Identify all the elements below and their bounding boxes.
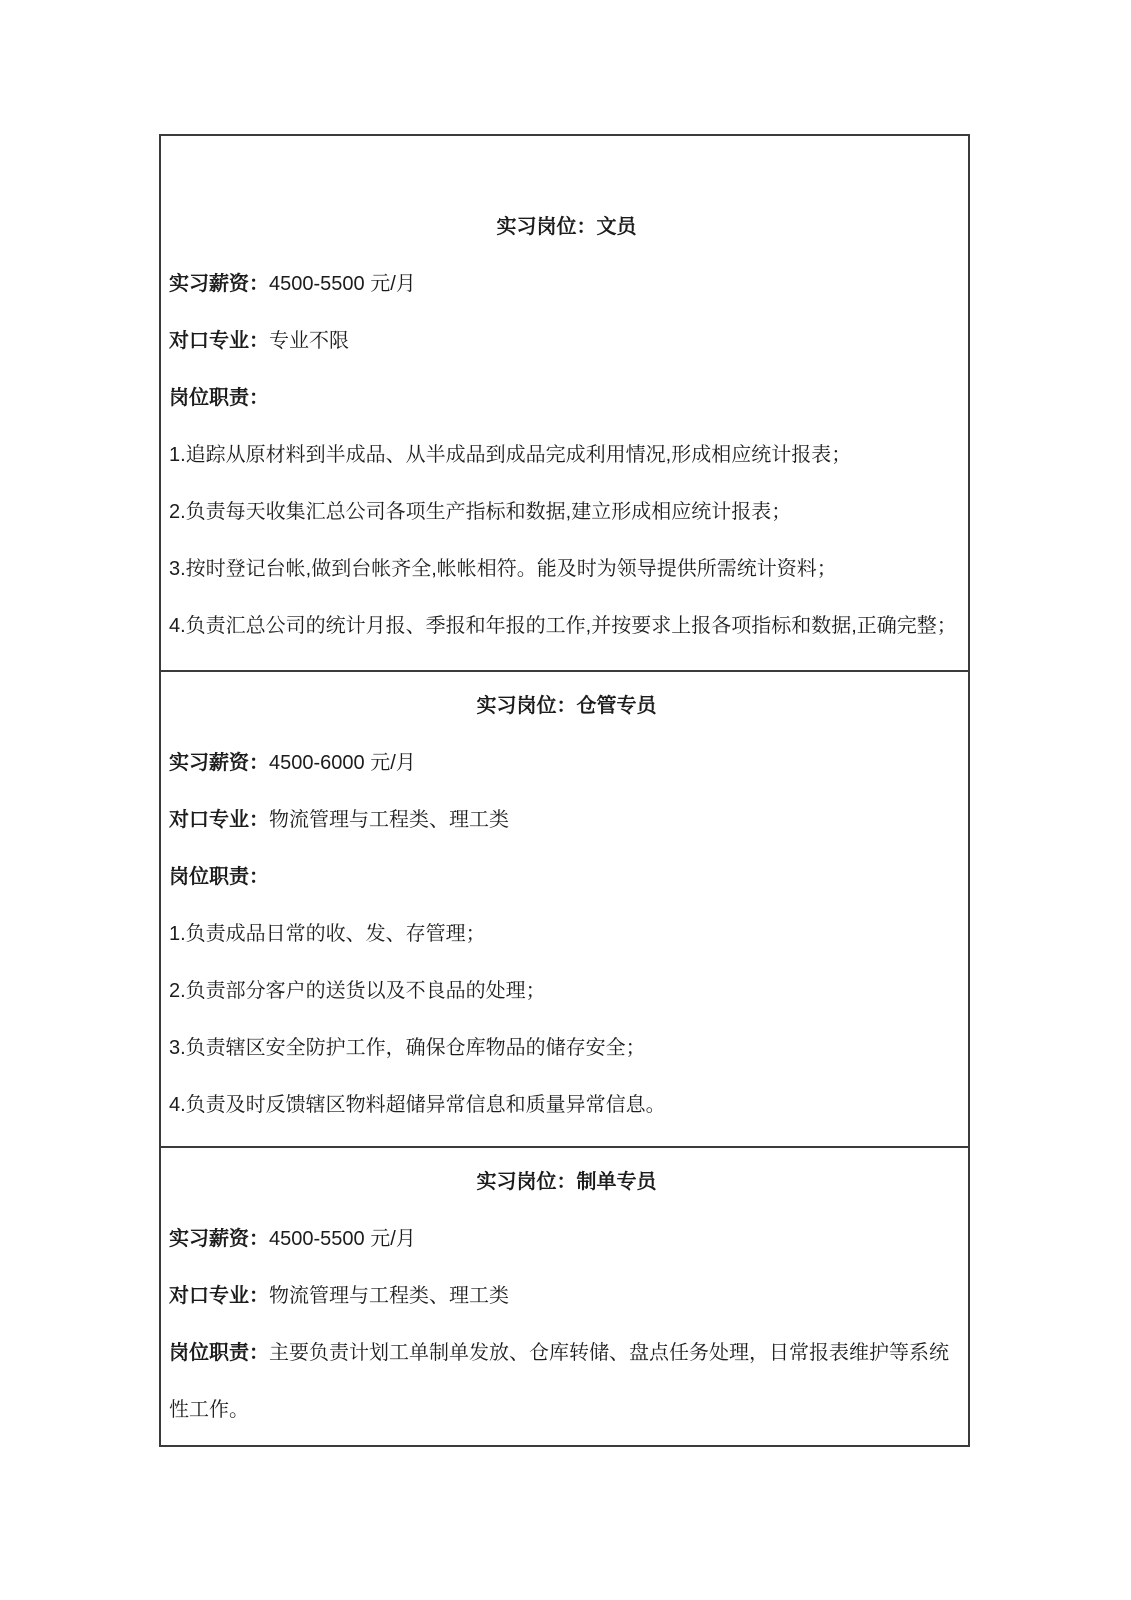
duty-item: 1.负责成品日常的收、发、存管理；	[169, 906, 964, 963]
duties-heading: 岗位职责：	[169, 849, 964, 906]
duties-label: 岗位职责：	[169, 866, 269, 888]
major-value: 物流管理与工程类、理工类	[269, 1285, 509, 1307]
duty-item: 4.负责及时反馈辖区物料超储异常信息和质量异常信息。	[169, 1077, 964, 1134]
salary-label: 实习薪资：	[169, 1228, 269, 1250]
major-value: 物流管理与工程类、理工类	[269, 809, 509, 831]
duties-label: 岗位职责：	[169, 1342, 269, 1364]
salary-label: 实习薪资：	[169, 752, 269, 774]
salary-value: 4500-6000 元/月	[269, 752, 416, 774]
duties-label: 岗位职责：	[169, 387, 269, 409]
job-listing-table: 实习岗位：文员 实习薪资：4500-5500 元/月 对口专业：专业不限 岗位职…	[159, 134, 970, 1447]
major-line: 对口专业：物流管理与工程类、理工类	[169, 792, 964, 849]
major-label: 对口专业：	[169, 1285, 269, 1307]
job-title: 实习岗位：仓管专员	[169, 678, 964, 735]
salary-label: 实习薪资：	[169, 273, 269, 295]
major-label: 对口专业：	[169, 809, 269, 831]
job-section-warehouse: 实习岗位：仓管专员 实习薪资：4500-6000 元/月 对口专业：物流管理与工…	[161, 670, 968, 1146]
duty-item: 1.追踪从原材料到半成品、从半成品到成品完成利用情况,形成相应统计报表；	[169, 427, 964, 484]
job-section-order-clerk: 实习岗位：制单专员 实习薪资：4500-5500 元/月 对口专业：物流管理与工…	[161, 1146, 968, 1445]
duty-item: 2.负责每天收集汇总公司各项生产指标和数据,建立形成相应统计报表；	[169, 484, 964, 541]
duty-item: 4.负责汇总公司的统计月报、季报和年报的工作,并按要求上报各项指标和数据,正确完…	[169, 598, 964, 655]
major-line: 对口专业：专业不限	[169, 313, 964, 370]
duty-item: 2.负责部分客户的送货以及不良品的处理；	[169, 963, 964, 1020]
salary-line: 实习薪资：4500-6000 元/月	[169, 735, 964, 792]
salary-value: 4500-5500 元/月	[269, 1228, 416, 1250]
salary-value: 4500-5500 元/月	[269, 273, 416, 295]
duty-item: 3.按时登记台帐,做到台帐齐全,帐帐相符。能及时为领导提供所需统计资料；	[169, 541, 964, 598]
salary-line: 实习薪资：4500-5500 元/月	[169, 1211, 964, 1268]
job-title: 实习岗位：文员	[169, 199, 964, 256]
duties-line: 岗位职责：主要负责计划工单制单发放、仓库转储、盘点任务处理，日常报表维护等系统性…	[169, 1325, 964, 1439]
major-value: 专业不限	[269, 330, 349, 352]
duties-heading: 岗位职责：	[169, 370, 964, 427]
job-section-clerk: 实习岗位：文员 实习薪资：4500-5500 元/月 对口专业：专业不限 岗位职…	[161, 136, 968, 670]
salary-line: 实习薪资：4500-5500 元/月	[169, 256, 964, 313]
major-line: 对口专业：物流管理与工程类、理工类	[169, 1268, 964, 1325]
duty-item: 3.负责辖区安全防护工作，确保仓库物品的储存安全；	[169, 1020, 964, 1077]
job-title: 实习岗位：制单专员	[169, 1154, 964, 1211]
duties-value: 主要负责计划工单制单发放、仓库转储、盘点任务处理，日常报表维护等系统性工作。	[169, 1342, 949, 1421]
major-label: 对口专业：	[169, 330, 269, 352]
